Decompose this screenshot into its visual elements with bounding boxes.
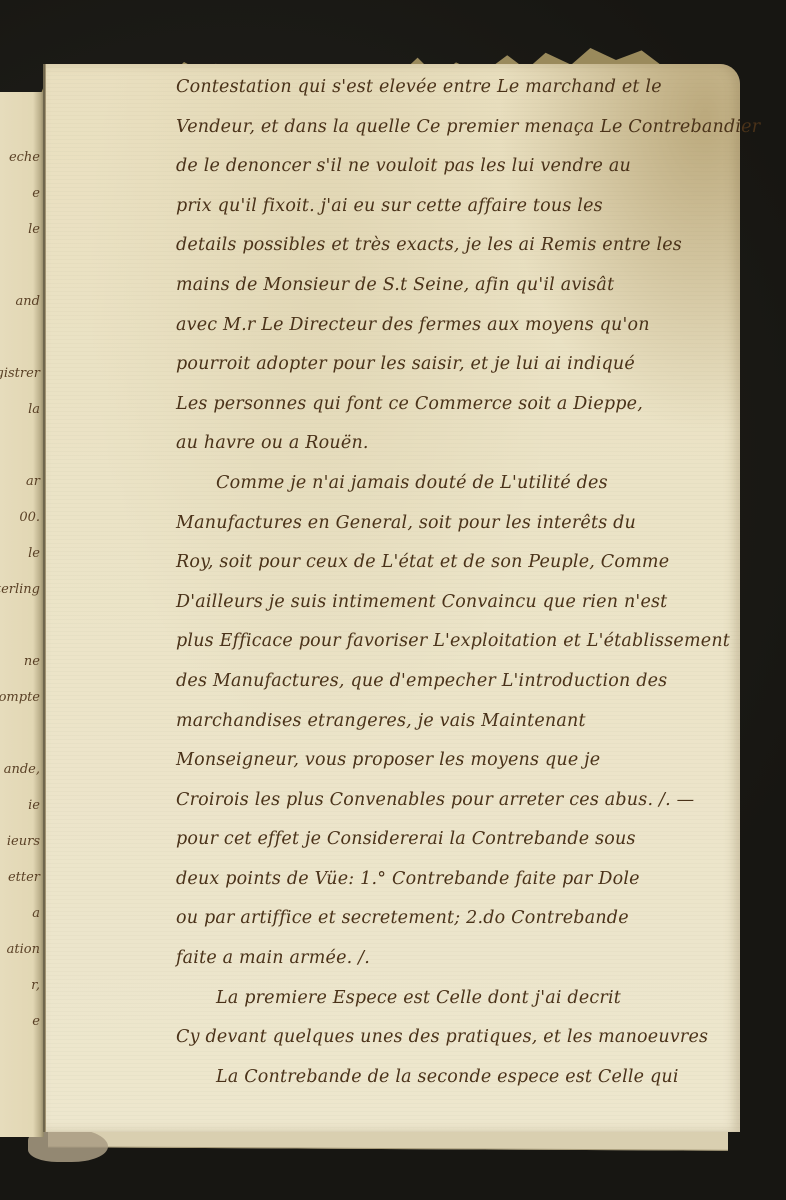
- left-page-text-fragment: 00.: [19, 510, 40, 525]
- left-page-text-fragment: ieurs: [7, 834, 40, 849]
- manuscript-line: faite a main armée. /.: [176, 939, 696, 979]
- manuscript-line: plus Efficace pour favoriser L'exploitat…: [176, 622, 696, 662]
- manuscript-line: Croirois les plus Convenables pour arret…: [176, 781, 696, 821]
- left-page-text-fragment: ar: [26, 474, 40, 489]
- manuscript-line: Manufactures en General, soit pour les i…: [176, 504, 696, 544]
- left-page-text-fragment: ation: [7, 942, 40, 957]
- manuscript-line: La Contrebande de la seconde espece est …: [176, 1058, 696, 1098]
- manuscript-line: des Manufactures, que d'empecher L'intro…: [176, 662, 696, 702]
- manuscript-line: marchandises etrangeres, je vais Mainten…: [176, 702, 696, 742]
- left-page-text-fragment: etter: [8, 870, 40, 885]
- manuscript-line: details possibles et très exacts, je les…: [176, 226, 696, 266]
- left-page-text-fragment: ne: [24, 654, 40, 669]
- manuscript-text: Contestation qui s'est elevée entre Le m…: [176, 68, 696, 1097]
- left-page-text-fragment: e: [32, 186, 40, 201]
- manuscript-line: Roy, soit pour ceux de L'état et de son …: [176, 543, 696, 583]
- left-page-text-fragment: le: [28, 546, 40, 561]
- manuscript-line: avec M.r Le Directeur des fermes aux moy…: [176, 306, 696, 346]
- manuscript-line: Vendeur, et dans la quelle Ce premier me…: [176, 108, 696, 148]
- manuscript-line: Comme je n'ai jamais douté de L'utilité …: [176, 464, 696, 504]
- left-page-fragment: echeeleandgistrerlaar00.leterlingnecompt…: [0, 92, 44, 1137]
- manuscript-line: au havre ou a Rouën.: [176, 424, 696, 464]
- manuscript-line: Cy devant quelques unes des pratiques, e…: [176, 1018, 696, 1058]
- manuscript-line: de le denoncer s'il ne vouloit pas les l…: [176, 147, 696, 187]
- manuscript-line: pour cet effet je Considererai la Contre…: [176, 820, 696, 860]
- manuscript-line: Contestation qui s'est elevée entre Le m…: [176, 68, 696, 108]
- manuscript-line: D'ailleurs je suis intimement Convaincu …: [176, 583, 696, 623]
- manuscript-line: Les personnes qui font ce Commerce soit …: [176, 385, 696, 425]
- manuscript-line: La premiere Espece est Celle dont j'ai d…: [176, 979, 696, 1019]
- left-page-text-fragment: a: [32, 906, 40, 921]
- manuscript-line: Monseigneur, vous proposer les moyens qu…: [176, 741, 696, 781]
- left-page-text-fragment: e: [32, 1014, 40, 1029]
- manuscript-line: deux points de Vüe: 1.° Contrebande fait…: [176, 860, 696, 900]
- left-page-text-fragment: compte: [0, 690, 40, 705]
- left-page-text-fragment: le: [28, 222, 40, 237]
- left-page-text-fragment: eche: [9, 150, 40, 165]
- left-page-text-fragment: ie: [28, 798, 40, 813]
- left-page-text-fragment: la: [28, 402, 40, 417]
- left-page-text-fragment: ande,: [4, 762, 40, 777]
- left-page-text-fragment: terling: [0, 582, 40, 597]
- manuscript-line: prix qu'il fixoit. j'ai eu sur cette aff…: [176, 187, 696, 227]
- manuscript-line: ou par artiffice et secretement; 2.do Co…: [176, 899, 696, 939]
- left-page-text-fragment: and: [16, 294, 40, 309]
- left-page-text-fragment: gistrer: [0, 366, 40, 381]
- left-page-text-fragment: r,: [31, 978, 40, 993]
- page-gutter: [43, 64, 45, 1132]
- manuscript-line: pourroit adopter pour les saisir, et je …: [176, 345, 696, 385]
- manuscript-line: mains de Monsieur de S.t Seine, afin qu'…: [176, 266, 696, 306]
